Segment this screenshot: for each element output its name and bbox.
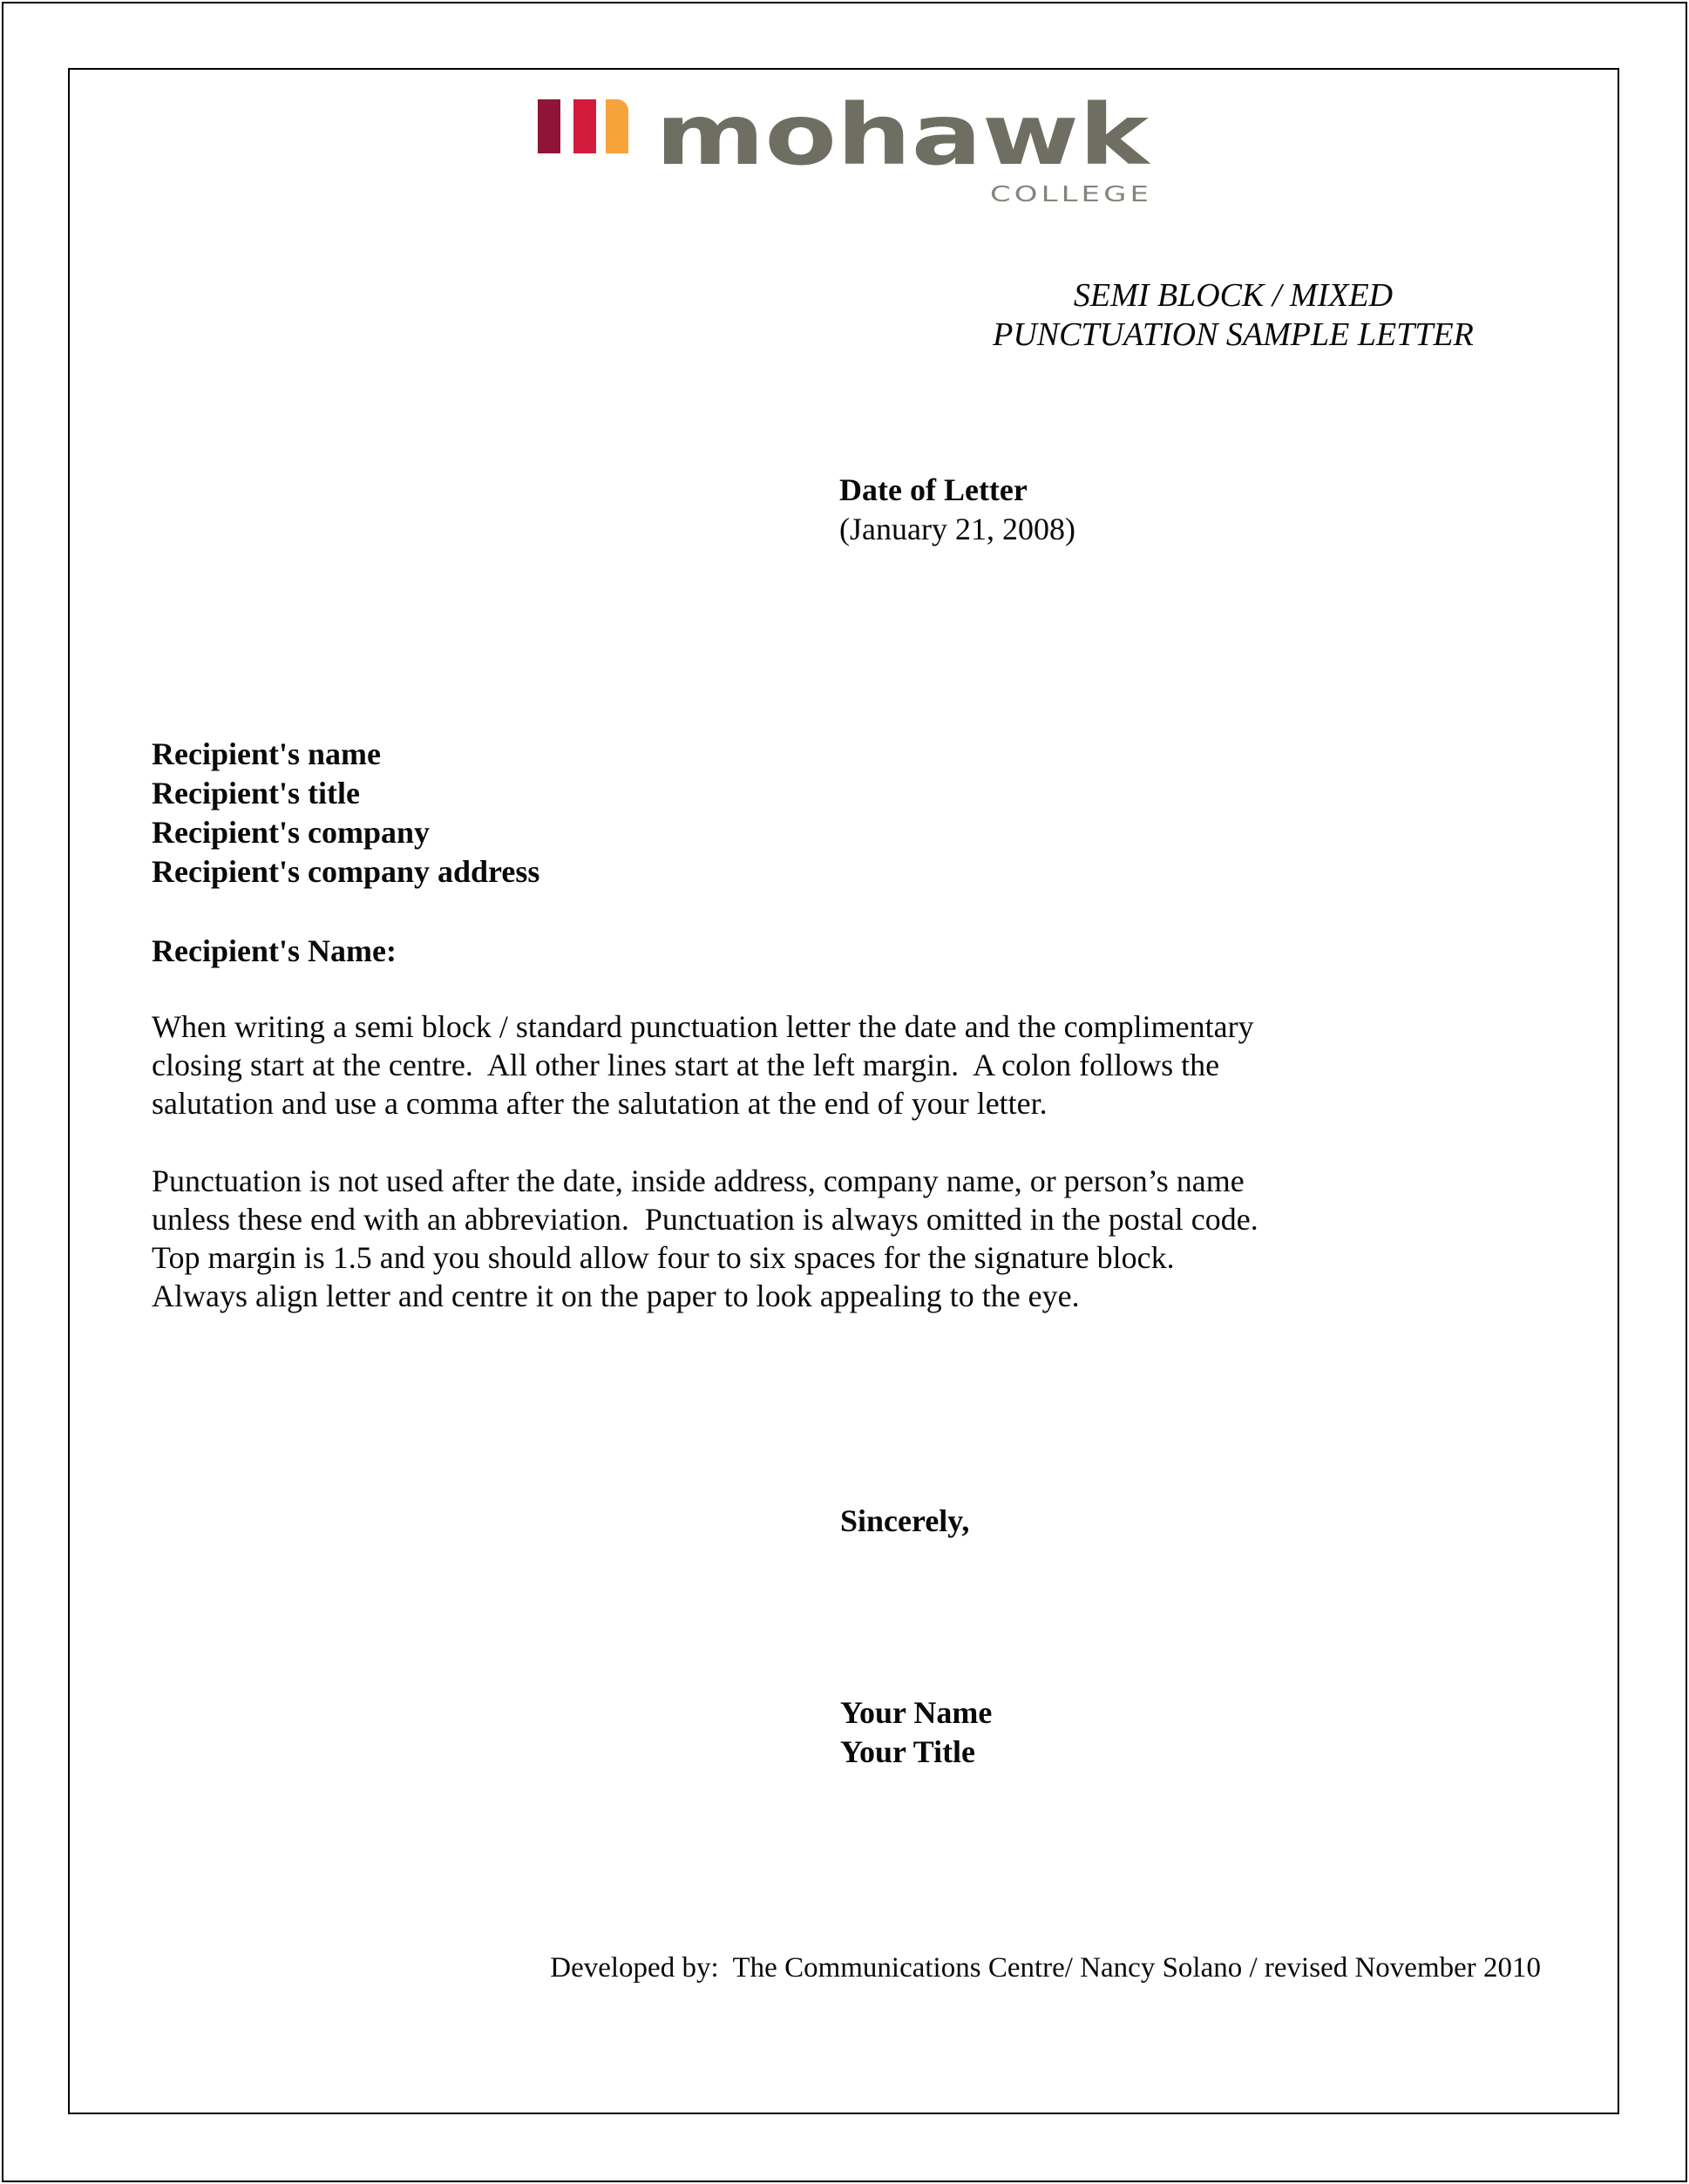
- paragraph-line: Top margin is 1.5 and you should allow f…: [152, 1238, 1258, 1277]
- signature-name: Your Name: [840, 1693, 992, 1733]
- logo-wordmark: mohawk: [655, 86, 1151, 184]
- logo-bar-3: [606, 99, 628, 153]
- paragraph-line: salutation and use a comma after the sal…: [152, 1084, 1254, 1123]
- document-title-line-2: PUNCTUATION SAMPLE LETTER: [972, 315, 1495, 355]
- logo-bar-2: [573, 99, 596, 153]
- recipient-address-line: Recipient's company address: [152, 852, 539, 892]
- logo-bar-1: [538, 99, 560, 153]
- paragraph-line: unless these end with an abbreviation. P…: [152, 1200, 1258, 1238]
- document-title-line-1: SEMI BLOCK / MIXED: [972, 276, 1495, 315]
- body-paragraph-1: When writing a semi block / standard pun…: [152, 1007, 1254, 1123]
- recipient-name-line: Recipient's name: [152, 735, 539, 774]
- salutation: Recipient's Name:: [152, 933, 397, 969]
- date-block: Date of Letter (January 21, 2008): [839, 471, 1075, 549]
- signature-title: Your Title: [840, 1733, 992, 1772]
- date-value: (January 21, 2008): [839, 510, 1075, 549]
- recipient-title-line: Recipient's title: [152, 774, 539, 813]
- letter-screenshot: mohawk COLLEGE SEMI BLOCK / MIXED PUNCTU…: [0, 0, 1689, 2184]
- complimentary-closing: Sincerely,: [840, 1502, 969, 1539]
- date-heading: Date of Letter: [839, 471, 1075, 510]
- letter-page: mohawk COLLEGE SEMI BLOCK / MIXED PUNCTU…: [68, 68, 1619, 2114]
- logo-college-text: COLLEGE: [990, 181, 1152, 207]
- mohawk-college-logo: mohawk COLLEGE: [538, 94, 1157, 207]
- paragraph-line: Punctuation is not used after the date, …: [152, 1162, 1258, 1200]
- document-title: SEMI BLOCK / MIXED PUNCTUATION SAMPLE LE…: [972, 276, 1495, 355]
- paragraph-line: Always align letter and centre it on the…: [152, 1277, 1258, 1315]
- signature-block: Your Name Your Title: [840, 1693, 992, 1772]
- body-paragraph-2: Punctuation is not used after the date, …: [152, 1162, 1258, 1315]
- paragraph-line: When writing a semi block / standard pun…: [152, 1007, 1254, 1046]
- footer-credit: Developed by: The Communications Centre/…: [70, 1952, 1541, 1984]
- recipient-block: Recipient's name Recipient's title Recip…: [152, 735, 539, 892]
- paragraph-line: closing start at the centre. All other l…: [152, 1046, 1254, 1084]
- recipient-company-line: Recipient's company: [152, 813, 539, 852]
